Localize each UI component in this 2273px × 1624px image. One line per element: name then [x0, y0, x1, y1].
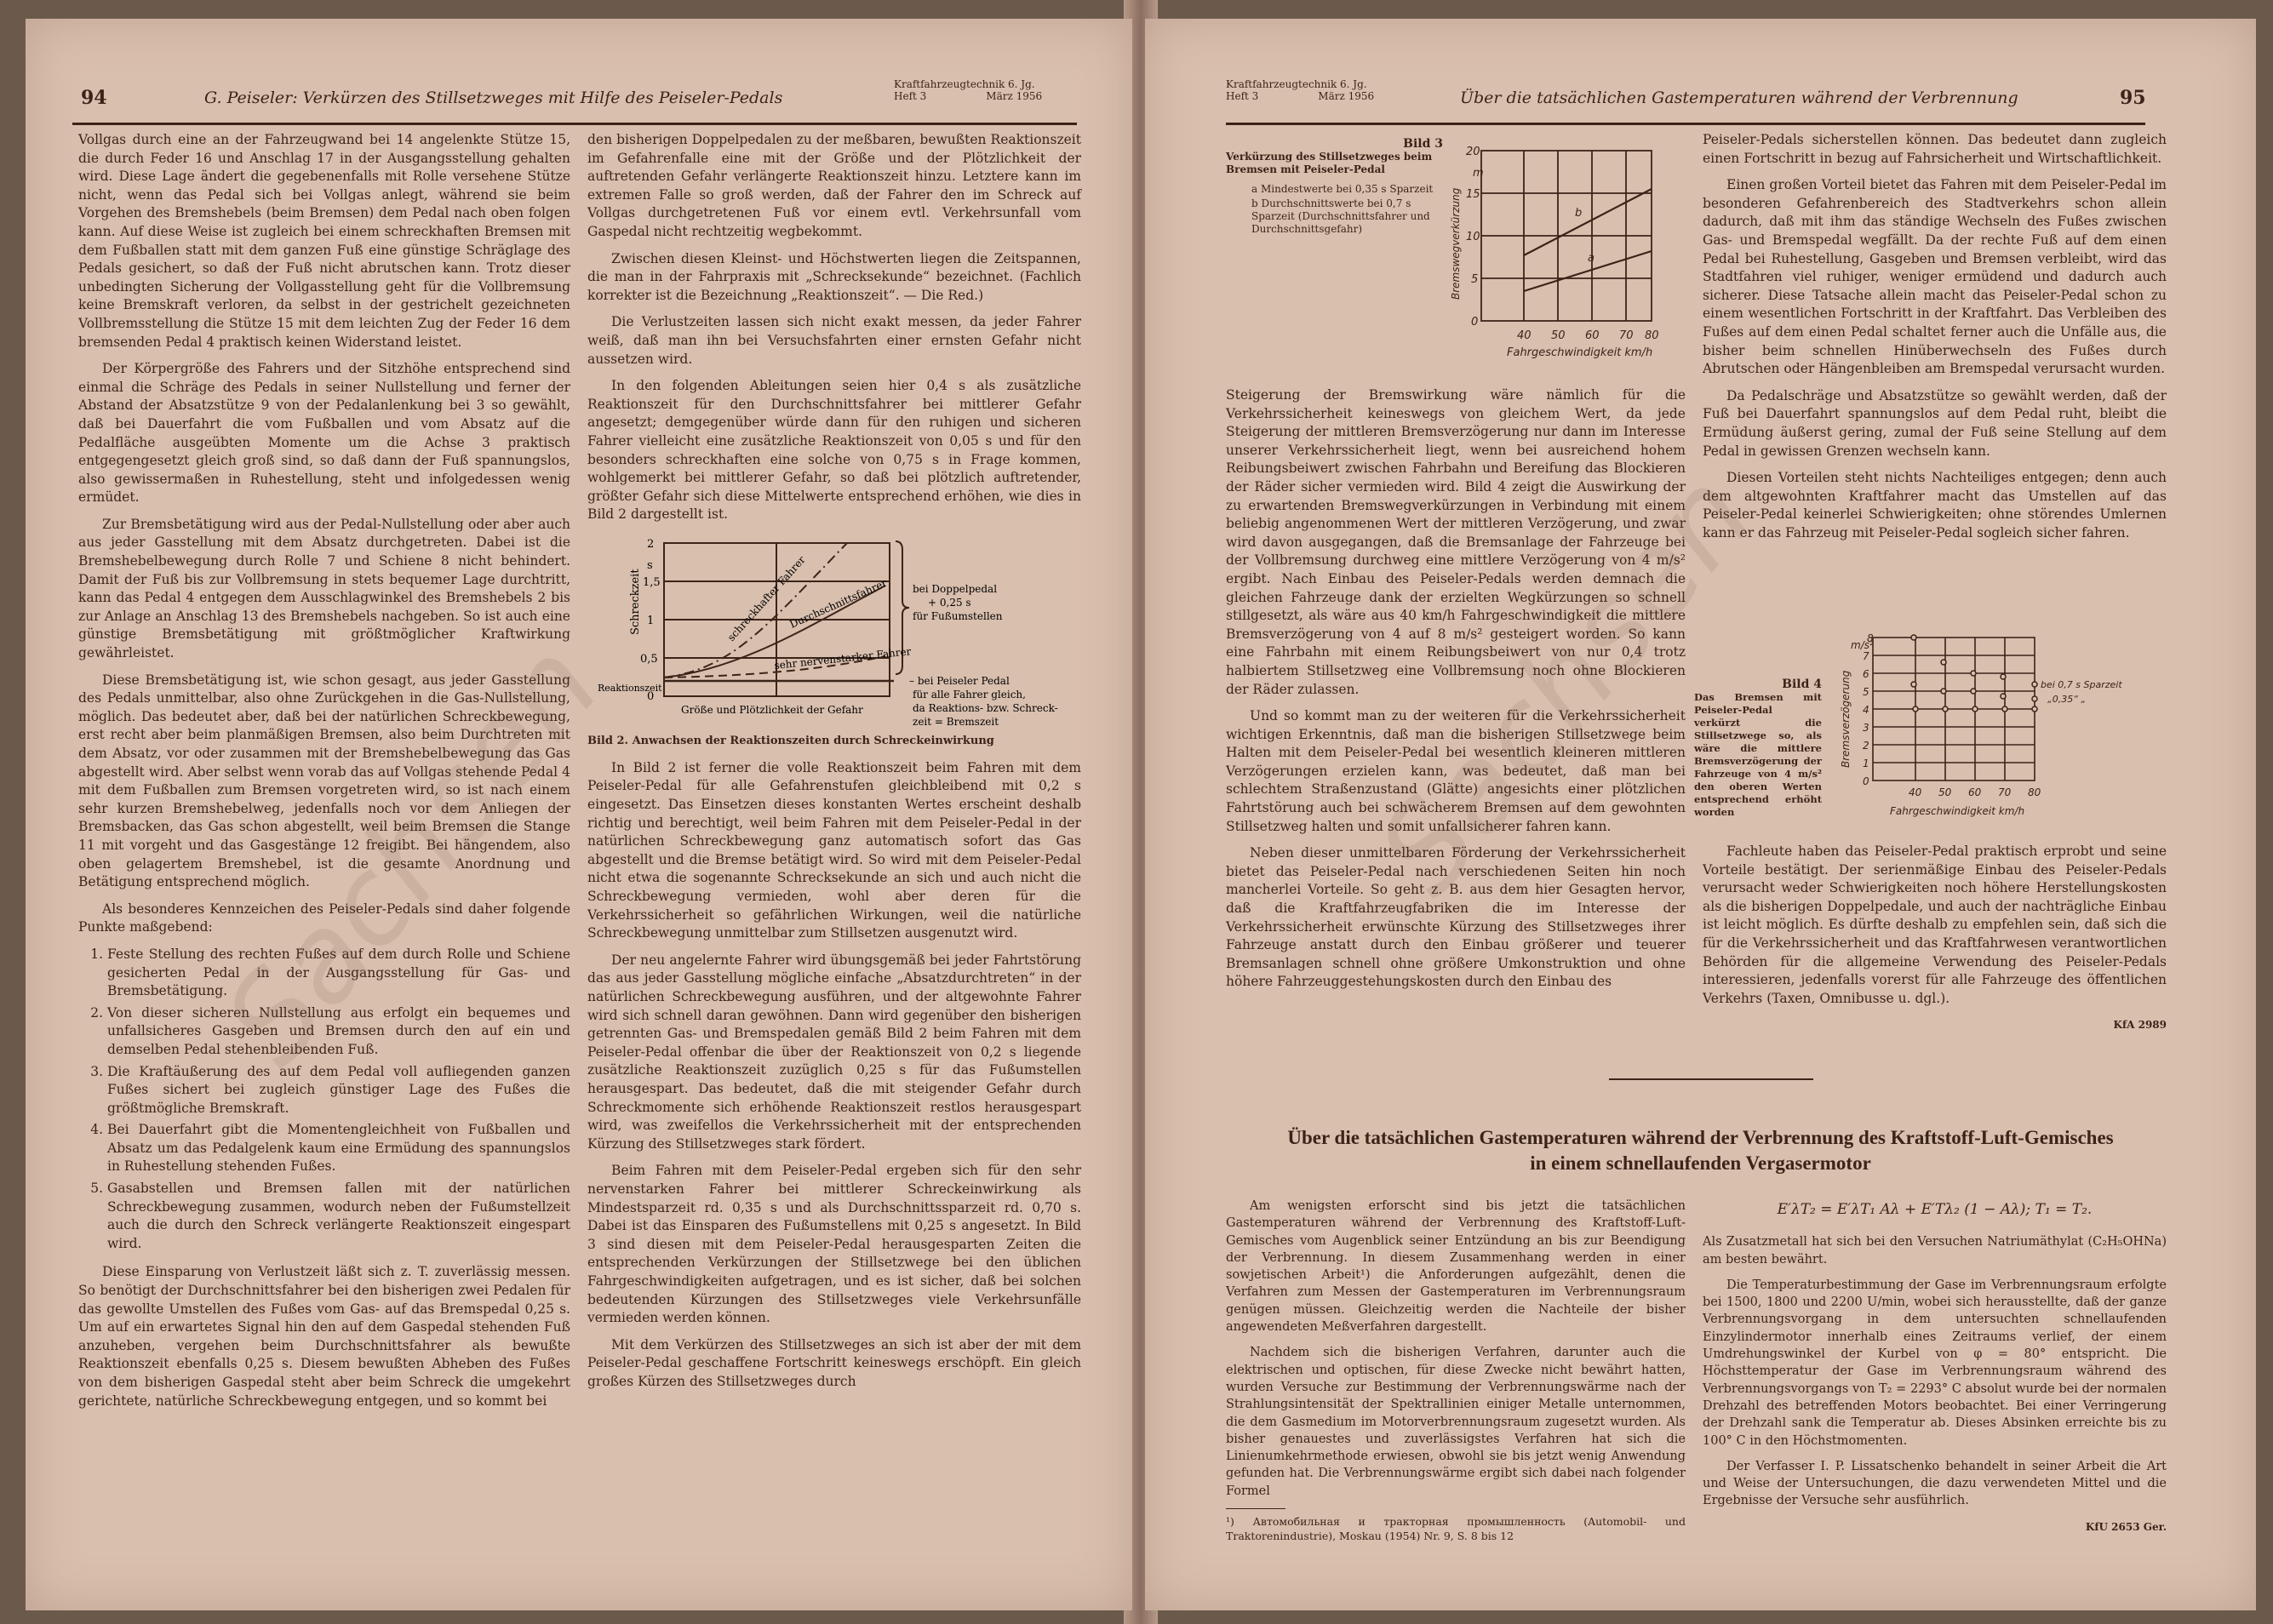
- svg-text:Durchschnittsfahrer: Durchschnittsfahrer: [788, 577, 890, 631]
- right-column-2: Peiseler-Pedals sicherstellen können. Da…: [1703, 131, 2167, 551]
- svg-text:Größe und Plötzlichkeit der Ge: Größe und Plötzlichkeit der Gefahr: [681, 704, 863, 716]
- svg-text:da Reaktions- bzw. Schreck-: da Reaktions- bzw. Schreck-: [913, 702, 1058, 714]
- page-number: 94: [81, 87, 107, 109]
- list-item: Bei Dauerfahrt gibt die Momentengleichhe…: [107, 1121, 570, 1176]
- article-2-column-1: Am wenigsten erforscht sind bis jetzt di…: [1226, 1198, 1686, 1543]
- article-2-title: Über die tatsächlichen Gastemperaturen w…: [1145, 1125, 2256, 1176]
- svg-text:schreckhafter Fahrer: schreckhafter Fahrer: [725, 553, 808, 643]
- svg-text:für Fußumstellen: für Fußumstellen: [913, 610, 1003, 622]
- svg-text:0: 0: [1471, 316, 1478, 329]
- svg-text:2: 2: [647, 538, 654, 551]
- svg-text:0,5: 0,5: [640, 653, 658, 666]
- right-column-1: Steigerung der Bremswirkung wäre nämlich…: [1226, 386, 1686, 1000]
- brake-distance-chart: 20151050 m 4050607080 ba Bremswegverkürz…: [1447, 138, 1677, 368]
- left-page: 94 G. Peiseler: Verkürzen des Stillsetzw…: [26, 19, 1132, 1610]
- svg-text:1,5: 1,5: [643, 576, 661, 589]
- svg-text:0: 0: [1863, 775, 1869, 787]
- svg-text:s: s: [647, 559, 653, 572]
- article-code: KfA 2989: [2114, 1016, 2167, 1035]
- svg-text:– bei Peiseler Pedal: – bei Peiseler Pedal: [909, 675, 1010, 687]
- svg-text:5: 5: [1863, 686, 1869, 698]
- svg-text:Reaktionszeit: Reaktionszeit: [598, 683, 662, 694]
- deceleration-chart: m/s²7654 32108 4050607080 bei 0,7 s Spar…: [1839, 627, 2171, 823]
- svg-text:6: 6: [1863, 668, 1869, 680]
- list-item: Die Kraftäußerung des auf dem Pedal voll…: [107, 1063, 570, 1118]
- left-running-header: 94 G. Peiseler: Verkürzen des Stillsetzw…: [26, 61, 1132, 121]
- svg-text:a: a: [1588, 252, 1595, 265]
- formula: E′λT₂ = E′λT₁ Aλ + E′Tλ₂ (1 − Aλ); T₁ = …: [1703, 1201, 2167, 1218]
- header-rule: [72, 123, 1077, 125]
- list-item: Feste Stellung des rechten Fußes auf dem…: [107, 946, 570, 1001]
- svg-text:zeit = Bremszeit: zeit = Bremszeit: [913, 716, 999, 728]
- svg-text:bei Doppelpedal: bei Doppelpedal: [913, 583, 997, 595]
- figure-2-caption: Bild 2. Anwachsen der Reaktionszeiten du…: [587, 734, 1081, 748]
- reaction-time-chart: 2s1,5 10,50 Reaktionszeit Schreckzeit sc…: [587, 533, 1081, 729]
- svg-text:Fahrgeschwindigkeit km/h: Fahrgeschwindigkeit km/h: [1890, 805, 2024, 817]
- svg-text:sehr nervenstarker Fahrer: sehr nervenstarker Fahrer: [774, 645, 912, 672]
- svg-text:10: 10: [1466, 231, 1480, 243]
- svg-text:Bremsverzögerung: Bremsverzögerung: [1840, 670, 1852, 768]
- left-column-1: Vollgas durch eine an der Fahrzeugwand b…: [78, 131, 570, 1419]
- svg-text:5: 5: [1471, 273, 1478, 286]
- article-code: KfU 2653 Ger.: [2086, 1518, 2167, 1535]
- svg-text:40: 40: [1517, 329, 1532, 342]
- header-rule: [1226, 123, 2145, 125]
- list-item: Von dieser sicheren Nullstellung aus erf…: [107, 1004, 570, 1060]
- right-running-header: Kraftfahrzeugtechnik 6. Jg. Heft 3März 1…: [1145, 61, 2256, 121]
- figure-4: Bild 4 Das Bremsen mit Peiseler-Pedal ve…: [1694, 627, 2171, 827]
- right-page: Kraftfahrzeugtechnik 6. Jg. Heft 3März 1…: [1145, 19, 2256, 1610]
- left-column-2: den bisherigen Doppelpedalen zu der meßb…: [587, 131, 1081, 1399]
- svg-text:+ 0,25 s: + 0,25 s: [928, 597, 971, 609]
- figure-2: 2s1,5 10,50 Reaktionszeit Schreckzeit sc…: [587, 533, 1081, 754]
- svg-text:1: 1: [1863, 758, 1869, 769]
- running-title: Über die tatsächlichen Gastemperaturen w…: [1460, 89, 2018, 107]
- right-column-2-end: Fachleute haben das Peiseler-Pedal prakt…: [1703, 843, 2167, 1035]
- svg-text:80: 80: [2028, 786, 2041, 798]
- svg-text:bei 0,7 s Sparzeit: bei 0,7 s Sparzeit: [2041, 679, 2122, 690]
- page-number: 95: [2120, 87, 2146, 109]
- svg-text:60: 60: [1585, 329, 1600, 342]
- article-separator: [1609, 1078, 1813, 1080]
- svg-text:15: 15: [1466, 188, 1480, 201]
- list-item: Gasabstellen und Bremsen fallen mit der …: [107, 1180, 570, 1253]
- article-2-column-2: E′λT₂ = E′λT₁ Aλ + E′Tλ₂ (1 − Aλ); T₁ = …: [1703, 1198, 2167, 1535]
- svg-text:40: 40: [1909, 786, 1922, 798]
- svg-text:b: b: [1575, 207, 1582, 220]
- svg-text:20: 20: [1466, 146, 1480, 158]
- svg-text:Fahrgeschwindigkeit km/h: Fahrgeschwindigkeit km/h: [1507, 346, 1652, 359]
- svg-text:60: 60: [1968, 786, 1982, 798]
- svg-text:70: 70: [1619, 329, 1634, 342]
- journal-info: Kraftfahrzeugtechnik 6. Jg. Heft 3März 1…: [1226, 78, 1374, 102]
- svg-text:80: 80: [1645, 329, 1659, 342]
- svg-text:50: 50: [1551, 329, 1566, 342]
- svg-text:4: 4: [1863, 704, 1869, 716]
- svg-text:2: 2: [1863, 740, 1869, 752]
- svg-text:Bremswegverkürzung: Bremswegverkürzung: [1450, 187, 1462, 300]
- svg-text:Schreckzeit: Schreckzeit: [629, 569, 642, 635]
- journal-info: Kraftfahrzeugtechnik 6. Jg. Heft 3März 1…: [894, 78, 1042, 102]
- svg-text:3: 3: [1863, 722, 1869, 734]
- svg-text:70: 70: [1998, 786, 2012, 798]
- svg-text:m: m: [1473, 167, 1484, 180]
- svg-text:für alle Fahrer gleich,: für alle Fahrer gleich,: [913, 689, 1026, 700]
- svg-text:1: 1: [647, 615, 654, 627]
- svg-text:8: 8: [1867, 632, 1874, 644]
- footnote: ¹) Автомобильная и тракторная промышленн…: [1226, 1514, 1686, 1543]
- svg-text:7: 7: [1863, 650, 1869, 662]
- svg-text:50: 50: [1938, 786, 1952, 798]
- features-list: Feste Stellung des rechten Fußes auf dem…: [78, 946, 570, 1254]
- svg-text:„0,35“ „: „0,35“ „: [2047, 694, 2086, 705]
- running-title: G. Peiseler: Verkürzen des Stillsetzwege…: [204, 89, 782, 107]
- figure-3: Bild 3 Verkürzung des Stillsetzweges bei…: [1226, 138, 1686, 368]
